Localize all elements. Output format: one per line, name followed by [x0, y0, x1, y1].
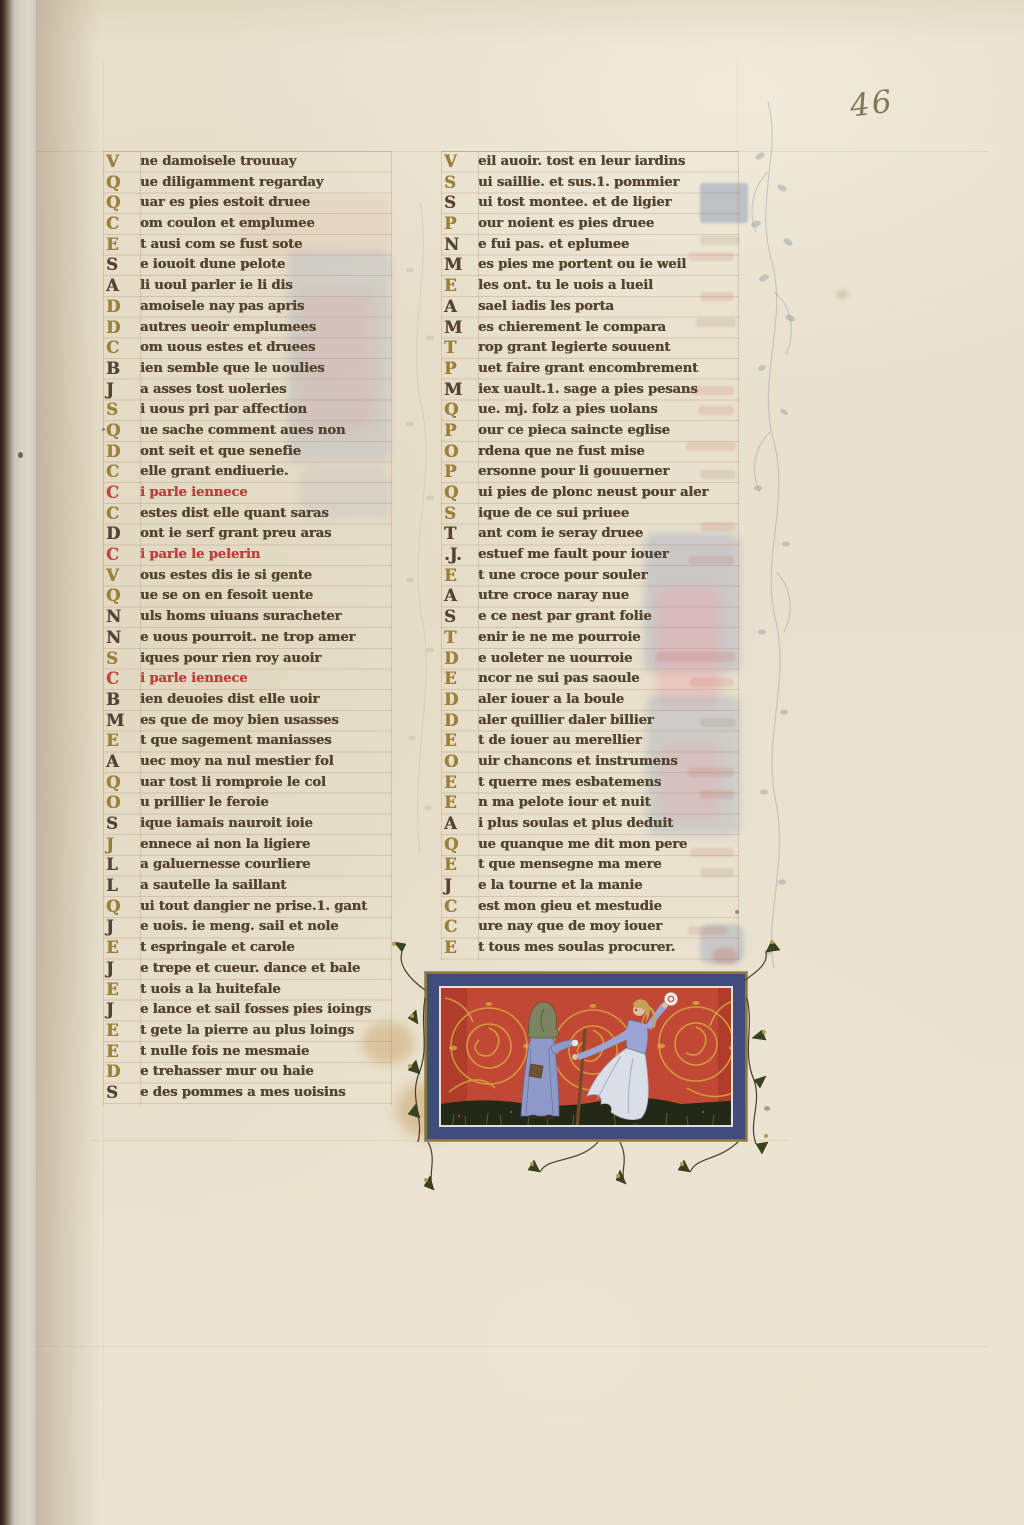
- line-initial: S: [444, 504, 478, 525]
- verse-line: Daler quillier daler billier: [441, 711, 739, 732]
- text-column-right: Veil auoir. tost en leur iardins Sui sai…: [441, 151, 739, 960]
- line-initial: C: [106, 669, 140, 690]
- line-text: e uous pourroit. ne trop amer: [140, 630, 355, 645]
- line-initial: D: [106, 1062, 140, 1083]
- line-text: uir chancons et instrumens: [478, 754, 678, 769]
- gold-dots: [392, 940, 774, 1182]
- line-initial: J: [106, 959, 140, 980]
- line-initial: E: [106, 938, 140, 959]
- verse-line: Siques pour rien roy auoir: [103, 649, 392, 670]
- verse-line: Que se on en fesoit uente: [103, 586, 392, 607]
- verse-line: Et que sagement maniasses: [103, 731, 392, 752]
- verse-line: Ci parle iennece: [103, 483, 392, 504]
- line-initial: C: [444, 897, 478, 918]
- verse-line: Que. mj. folz a pies uolans: [441, 400, 739, 421]
- line-text: our noient es pies druee: [478, 216, 654, 231]
- line-text: ue se on en fesoit uente: [140, 588, 313, 603]
- line-initial: E: [444, 793, 478, 814]
- line-initial: S: [106, 400, 140, 421]
- line-initial: Q: [106, 193, 140, 214]
- line-text: ont ie serf grant preu aras: [140, 526, 331, 541]
- line-text: a sautelle la saillant: [140, 878, 286, 893]
- line-initial: D: [444, 690, 478, 711]
- line-text: e la tourne et la manie: [478, 878, 642, 893]
- verse-line: Et espringale et carole: [103, 938, 392, 959]
- verse-line: Sique de ce sui priuee: [441, 504, 739, 525]
- line-text: uet faire grant encombrement: [478, 361, 698, 376]
- verse-line: Celle grant endiuerie.: [103, 462, 392, 483]
- line-initial: A: [444, 814, 478, 835]
- line-initial: D: [444, 711, 478, 732]
- verse-line: Nuls homs uiuans suracheter: [103, 607, 392, 628]
- line-text: i uous pri par affection: [140, 402, 307, 417]
- line-initial: E: [444, 731, 478, 752]
- line-initial: A: [106, 752, 140, 773]
- line-text: ue sache comment aues non: [140, 423, 345, 438]
- line-initial: V: [444, 152, 478, 173]
- verse-line: Dont seit et que senefie: [103, 442, 392, 463]
- line-initial: J: [444, 876, 478, 897]
- line-initial: E: [106, 1042, 140, 1063]
- line-initial: P: [444, 214, 478, 235]
- line-text: a asses tost uoleries: [140, 382, 286, 397]
- line-initial: T: [444, 338, 478, 359]
- verse-line: Et nulle fois ne mesmaie: [103, 1042, 392, 1063]
- line-text: i plus soulas et plus deduit: [478, 816, 673, 831]
- verse-line: Ordena que ne fust mise: [441, 442, 739, 463]
- verse-line: Jennece ai non la ligiere: [103, 835, 392, 856]
- line-initial: J: [106, 380, 140, 401]
- ink-speck: [18, 452, 23, 458]
- line-initial: M: [106, 711, 140, 732]
- verse-line: Dautres ueoir emplumees: [103, 318, 392, 339]
- verse-line: Ci parle le pelerin: [103, 545, 392, 566]
- line-text: e uoleter ne uourroie: [478, 651, 632, 666]
- verse-line: Mes chierement le compara: [441, 318, 739, 339]
- verse-line: Mes pies me portent ou ie weil: [441, 255, 739, 276]
- line-text: enir ie ne me pourroie: [478, 630, 640, 645]
- verse-line: Ou prillier le feroie: [103, 793, 392, 814]
- line-text: aler iouer a la boule: [478, 692, 624, 707]
- line-text: les ont. tu le uois a lueil: [478, 278, 653, 293]
- line-initial: E: [444, 773, 478, 794]
- line-text: rop grant legierte souuent: [478, 340, 670, 355]
- line-text: ennece ai non la ligiere: [140, 837, 310, 852]
- line-text: ue quanque me dit mon pere: [478, 837, 687, 852]
- bleedthrough-ivy-intercolumn: [396, 198, 444, 858]
- verse-line: Ouir chancons et instrumens: [441, 752, 739, 773]
- line-text: t que sagement maniasses: [140, 733, 331, 748]
- line-text: t espringale et carole: [140, 940, 295, 955]
- line-initial: B: [106, 690, 140, 711]
- vine-tendrils: [368, 928, 812, 1214]
- line-initial: D: [106, 318, 140, 339]
- line-initial: E: [106, 1021, 140, 1042]
- line-initial: D: [444, 649, 478, 670]
- verse-line: Et une croce pour souler: [441, 566, 739, 587]
- verse-line: La sautelle la saillant: [103, 876, 392, 897]
- line-initial: C: [106, 483, 140, 504]
- line-text: e trepe et cueur. dance et bale: [140, 961, 360, 976]
- line-text: t uois a la huitefale: [140, 982, 281, 997]
- line-initial: M: [444, 255, 478, 276]
- line-text: u prillier le feroie: [140, 795, 269, 810]
- line-text: ui tost montee. et de ligier: [478, 195, 671, 210]
- line-initial: E: [106, 980, 140, 1001]
- verse-line: Et uois a la huitefale: [103, 980, 392, 1001]
- verse-line: Ne fui pas. et eplumee: [441, 235, 739, 256]
- verse-line: .J.estuef me fault pour iouer: [441, 545, 739, 566]
- line-text: sael iadis les porta: [478, 299, 614, 314]
- line-initial: C: [106, 338, 140, 359]
- line-initial: V: [106, 566, 140, 587]
- line-initial: Q: [106, 173, 140, 194]
- verse-line: Que quanque me dit mon pere: [441, 835, 739, 856]
- line-initial: C: [106, 462, 140, 483]
- line-initial: N: [106, 607, 140, 628]
- line-initial: T: [444, 628, 478, 649]
- verse-line: Vous estes dis ie si gente: [103, 566, 392, 587]
- line-text: e trehasser mur ou haie: [140, 1064, 313, 1079]
- verse-line: Personne pour li gouuerner: [441, 462, 739, 483]
- line-initial: Q: [444, 400, 478, 421]
- line-initial: D: [106, 442, 140, 463]
- line-text: ersonne pour li gouuerner: [478, 464, 669, 479]
- verse-line: Et de iouer au merellier: [441, 731, 739, 752]
- line-initial: S: [106, 1083, 140, 1104]
- verse-line: Sui tost montee. et de ligier: [441, 193, 739, 214]
- line-initial: S: [106, 255, 140, 276]
- line-text: aler quillier daler billier: [478, 713, 654, 728]
- line-initial: C: [106, 214, 140, 235]
- line-text: ue. mj. folz a pies uolans: [478, 402, 657, 417]
- verse-line: Sui saillie. et sus.1. pommier: [441, 173, 739, 194]
- verse-line: Sique iamais nauroit ioie: [103, 814, 392, 835]
- verse-line: Pour ce pieca saincte eglise: [441, 421, 739, 442]
- verse-line: Pour noient es pies druee: [441, 214, 739, 235]
- verse-line: Auec moy na nul mestier fol: [103, 752, 392, 773]
- verse-line: Ci parle iennece: [103, 669, 392, 690]
- line-initial: P: [444, 359, 478, 380]
- line-text: ui pies de plonc neust pour aler: [478, 485, 708, 500]
- line-initial: J: [106, 835, 140, 856]
- verse-line: Je lance et sail fosses pies ioings: [103, 1000, 392, 1021]
- line-text: uls homs uiuans suracheter: [140, 609, 341, 624]
- line-text: n ma pelote iour et nuit: [478, 795, 650, 810]
- line-text: es chierement le compara: [478, 320, 666, 335]
- verse-line: Et que mensegne ma mere: [441, 855, 739, 876]
- verse-line: Bien semble que le uoulies: [103, 359, 392, 380]
- line-initial: S: [444, 193, 478, 214]
- line-text: iex uault.1. sage a pies pesans: [478, 382, 698, 397]
- line-initial: E: [444, 855, 478, 876]
- line-text: eil auoir. tost en leur iardins: [478, 154, 685, 169]
- line-text: om coulon et emplumee: [140, 216, 315, 231]
- line-text: utre croce naray nue: [478, 588, 629, 603]
- line-initial: J: [106, 1000, 140, 1021]
- line-text: e fui pas. et eplumee: [478, 237, 629, 252]
- verse-line: Puet faire grant encombrement: [441, 359, 739, 380]
- verse-line: Tant com ie seray druee: [441, 524, 739, 545]
- line-text: rdena que ne fust mise: [478, 444, 645, 459]
- line-text: ont seit et que senefie: [140, 444, 301, 459]
- line-initial: N: [444, 235, 478, 256]
- verse-line: Et gete la pierre au plus loings: [103, 1021, 392, 1042]
- line-initial: J: [106, 917, 140, 938]
- verse-line: Et querre mes esbatemens: [441, 773, 739, 794]
- line-initial: D: [106, 524, 140, 545]
- line-text: iques pour rien roy auoir: [140, 651, 321, 666]
- line-text: t gete la pierre au plus loings: [140, 1023, 354, 1038]
- ruling-line: [36, 1346, 988, 1347]
- line-text: autres ueoir emplumees: [140, 320, 316, 335]
- verse-line: Cestes dist elle quant saras: [103, 504, 392, 525]
- line-initial: N: [106, 628, 140, 649]
- verse-line: De trehasser mur ou haie: [103, 1062, 392, 1083]
- line-text: est mon gieu et mestudie: [478, 899, 662, 914]
- line-text: estuef me fault pour iouer: [478, 547, 669, 562]
- line-text: ui tout dangier ne prise.1. gant: [140, 899, 367, 914]
- verse-line: Quar es pies estoit druee: [103, 193, 392, 214]
- verse-line: Veil auoir. tost en leur iardins: [441, 152, 739, 173]
- line-initial: Q: [106, 897, 140, 918]
- line-text: i parle iennece: [140, 485, 247, 500]
- line-initial: L: [106, 876, 140, 897]
- line-initial: S: [106, 649, 140, 670]
- verse-line: Encor ne sui pas saoule: [441, 669, 739, 690]
- gutter-shadow: [36, 0, 100, 1525]
- verse-line: Je la tourne et la manie: [441, 876, 739, 897]
- line-text: e iouoit dune pelote: [140, 257, 285, 272]
- verse-line: Si uous pri par affection: [103, 400, 392, 421]
- verse-line: Ai plus soulas et plus deduit: [441, 814, 739, 835]
- verse-line: Vne damoisele trouuay: [103, 152, 392, 173]
- verse-line: Autre croce naray nue: [441, 586, 739, 607]
- line-initial: O: [444, 752, 478, 773]
- verse-line: Je uois. ie meng. sail et nole: [103, 917, 392, 938]
- line-text: uar tost li romproie le col: [140, 775, 326, 790]
- line-initial: O: [444, 442, 478, 463]
- manuscript-page-photo: { "page": { "folio_number": "46" }, "pal…: [0, 0, 1024, 1525]
- verse-line: Quar tost li romproie le col: [103, 773, 392, 794]
- verse-line: Daler iouer a la boule: [441, 690, 739, 711]
- verse-line: Miex uault.1. sage a pies pesans: [441, 380, 739, 401]
- line-initial: A: [444, 297, 478, 318]
- line-text: om uous estes et druees: [140, 340, 315, 355]
- line-text: e ce nest par grant folie: [478, 609, 652, 624]
- line-text: amoisele nay pas apris: [140, 299, 304, 314]
- line-text: ien deuoies dist elle uoir: [140, 692, 319, 707]
- verse-line: Se iouoit dune pelote: [103, 255, 392, 276]
- verse-line: Qui pies de plonc neust pour aler: [441, 483, 739, 504]
- line-text: t que mensegne ma mere: [478, 857, 661, 872]
- line-text: e lance et sail fosses pies ioings: [140, 1002, 371, 1017]
- line-text: ous estes dis ie si gente: [140, 568, 312, 583]
- verse-line: Se des pommes a mes uoisins: [103, 1083, 392, 1104]
- line-text: estes dist elle quant saras: [140, 506, 329, 521]
- line-initial: Q: [106, 773, 140, 794]
- line-text: i parle le pelerin: [140, 547, 260, 562]
- verse-line: En ma pelote iour et nuit: [441, 793, 739, 814]
- line-initial: V: [106, 152, 140, 173]
- line-text: ne damoisele trouuay: [140, 154, 296, 169]
- line-initial: C: [106, 545, 140, 566]
- line-text: ique de ce sui priuee: [478, 506, 629, 521]
- verse-line: Qui tout dangier ne prise.1. gant: [103, 897, 392, 918]
- line-initial: E: [106, 235, 140, 256]
- line-text: t une croce pour souler: [478, 568, 647, 583]
- line-initial: Q: [106, 421, 140, 442]
- line-text: e uois. ie meng. sail et nole: [140, 919, 338, 934]
- verse-line: Bien deuoies dist elle uoir: [103, 690, 392, 711]
- verse-line: Et ausi com se fust sote: [103, 235, 392, 256]
- line-text: ncor ne sui pas saoule: [478, 671, 639, 686]
- line-initial: Q: [444, 835, 478, 856]
- line-text: elle grant endiuerie.: [140, 464, 288, 479]
- line-initial: P: [444, 421, 478, 442]
- line-initial: T: [444, 524, 478, 545]
- verse-line: De uoleter ne uourroie: [441, 649, 739, 670]
- line-text: t querre mes esbatemens: [478, 775, 661, 790]
- verse-line: Que diligamment regarday: [103, 173, 392, 194]
- line-initial: A: [444, 586, 478, 607]
- verse-line: Ne uous pourroit. ne trop amer: [103, 628, 392, 649]
- line-initial: O: [106, 793, 140, 814]
- line-text: ique iamais nauroit ioie: [140, 816, 313, 831]
- line-text: i parle iennece: [140, 671, 247, 686]
- verse-line: Que sache comment aues non: [103, 421, 392, 442]
- line-initial: D: [106, 297, 140, 318]
- line-initial: L: [106, 855, 140, 876]
- verse-line: Ali uoul parler ie li dis: [103, 276, 392, 297]
- line-initial: S: [444, 173, 478, 194]
- top-edge-shading: [36, 0, 1024, 46]
- line-text: ue diligamment regarday: [140, 175, 323, 190]
- line-text: ant com ie seray druee: [478, 526, 643, 541]
- line-initial: P: [444, 462, 478, 483]
- verse-line: Je trepe et cueur. dance et bale: [103, 959, 392, 980]
- line-initial: S: [106, 814, 140, 835]
- line-text: t nulle fois ne mesmaie: [140, 1044, 309, 1059]
- line-initial: C: [106, 504, 140, 525]
- verse-line: Mes que de moy bien usasses: [103, 711, 392, 732]
- line-text: uar es pies estoit druee: [140, 195, 310, 210]
- text-column-left: Vne damoisele trouuay Que diligamment re…: [103, 151, 392, 1105]
- line-initial: E: [444, 669, 478, 690]
- line-text: ui saillie. et sus.1. pommier: [478, 175, 679, 190]
- line-initial: S: [444, 607, 478, 628]
- line-initial: Q: [106, 586, 140, 607]
- book-gutter-page-edge: [0, 0, 36, 1525]
- line-text: e des pommes a mes uoisins: [140, 1085, 345, 1100]
- verse-line: Com coulon et emplumee: [103, 214, 392, 235]
- line-text: li uoul parler ie li dis: [140, 278, 293, 293]
- line-text: t de iouer au merellier: [478, 733, 642, 748]
- verse-line: Com uous estes et druees: [103, 338, 392, 359]
- verse-line: La galuernesse courliere: [103, 855, 392, 876]
- line-text: ien semble que le uoulies: [140, 361, 324, 376]
- line-text: a galuernesse courliere: [140, 857, 310, 872]
- verse-line: Ja asses tost uoleries: [103, 380, 392, 401]
- line-text: es que de moy bien usasses: [140, 713, 339, 728]
- verse-line: Damoisele nay pas apris: [103, 297, 392, 318]
- line-text: t ausi com se fust sote: [140, 237, 302, 252]
- line-initial: E: [444, 566, 478, 587]
- verse-line: Dont ie serf grant preu aras: [103, 524, 392, 545]
- parchment-stain: [836, 290, 848, 299]
- line-initial: A: [106, 276, 140, 297]
- verse-line: Asael iadis les porta: [441, 297, 739, 318]
- bleedthrough-ivy-border: [738, 92, 810, 972]
- line-initial: .J.: [444, 545, 478, 566]
- folio-number: 46: [848, 83, 896, 124]
- line-initial: E: [444, 276, 478, 297]
- line-text: our ce pieca saincte eglise: [478, 423, 670, 438]
- line-initial: B: [106, 359, 140, 380]
- line-text: es pies me portent ou ie weil: [478, 257, 686, 272]
- verse-line: Cest mon gieu et mestudie: [441, 897, 739, 918]
- verse-line: Eles ont. tu le uois a lueil: [441, 276, 739, 297]
- verse-line: Se ce nest par grant folie: [441, 607, 739, 628]
- line-initial: Q: [444, 483, 478, 504]
- verse-line: Trop grant legierte souuent: [441, 338, 739, 359]
- verse-line: Tenir ie ne me pourroie: [441, 628, 739, 649]
- line-initial: M: [444, 318, 478, 339]
- line-initial: M: [444, 380, 478, 401]
- line-text: uec moy na nul mestier fol: [140, 754, 333, 769]
- line-initial: E: [106, 731, 140, 752]
